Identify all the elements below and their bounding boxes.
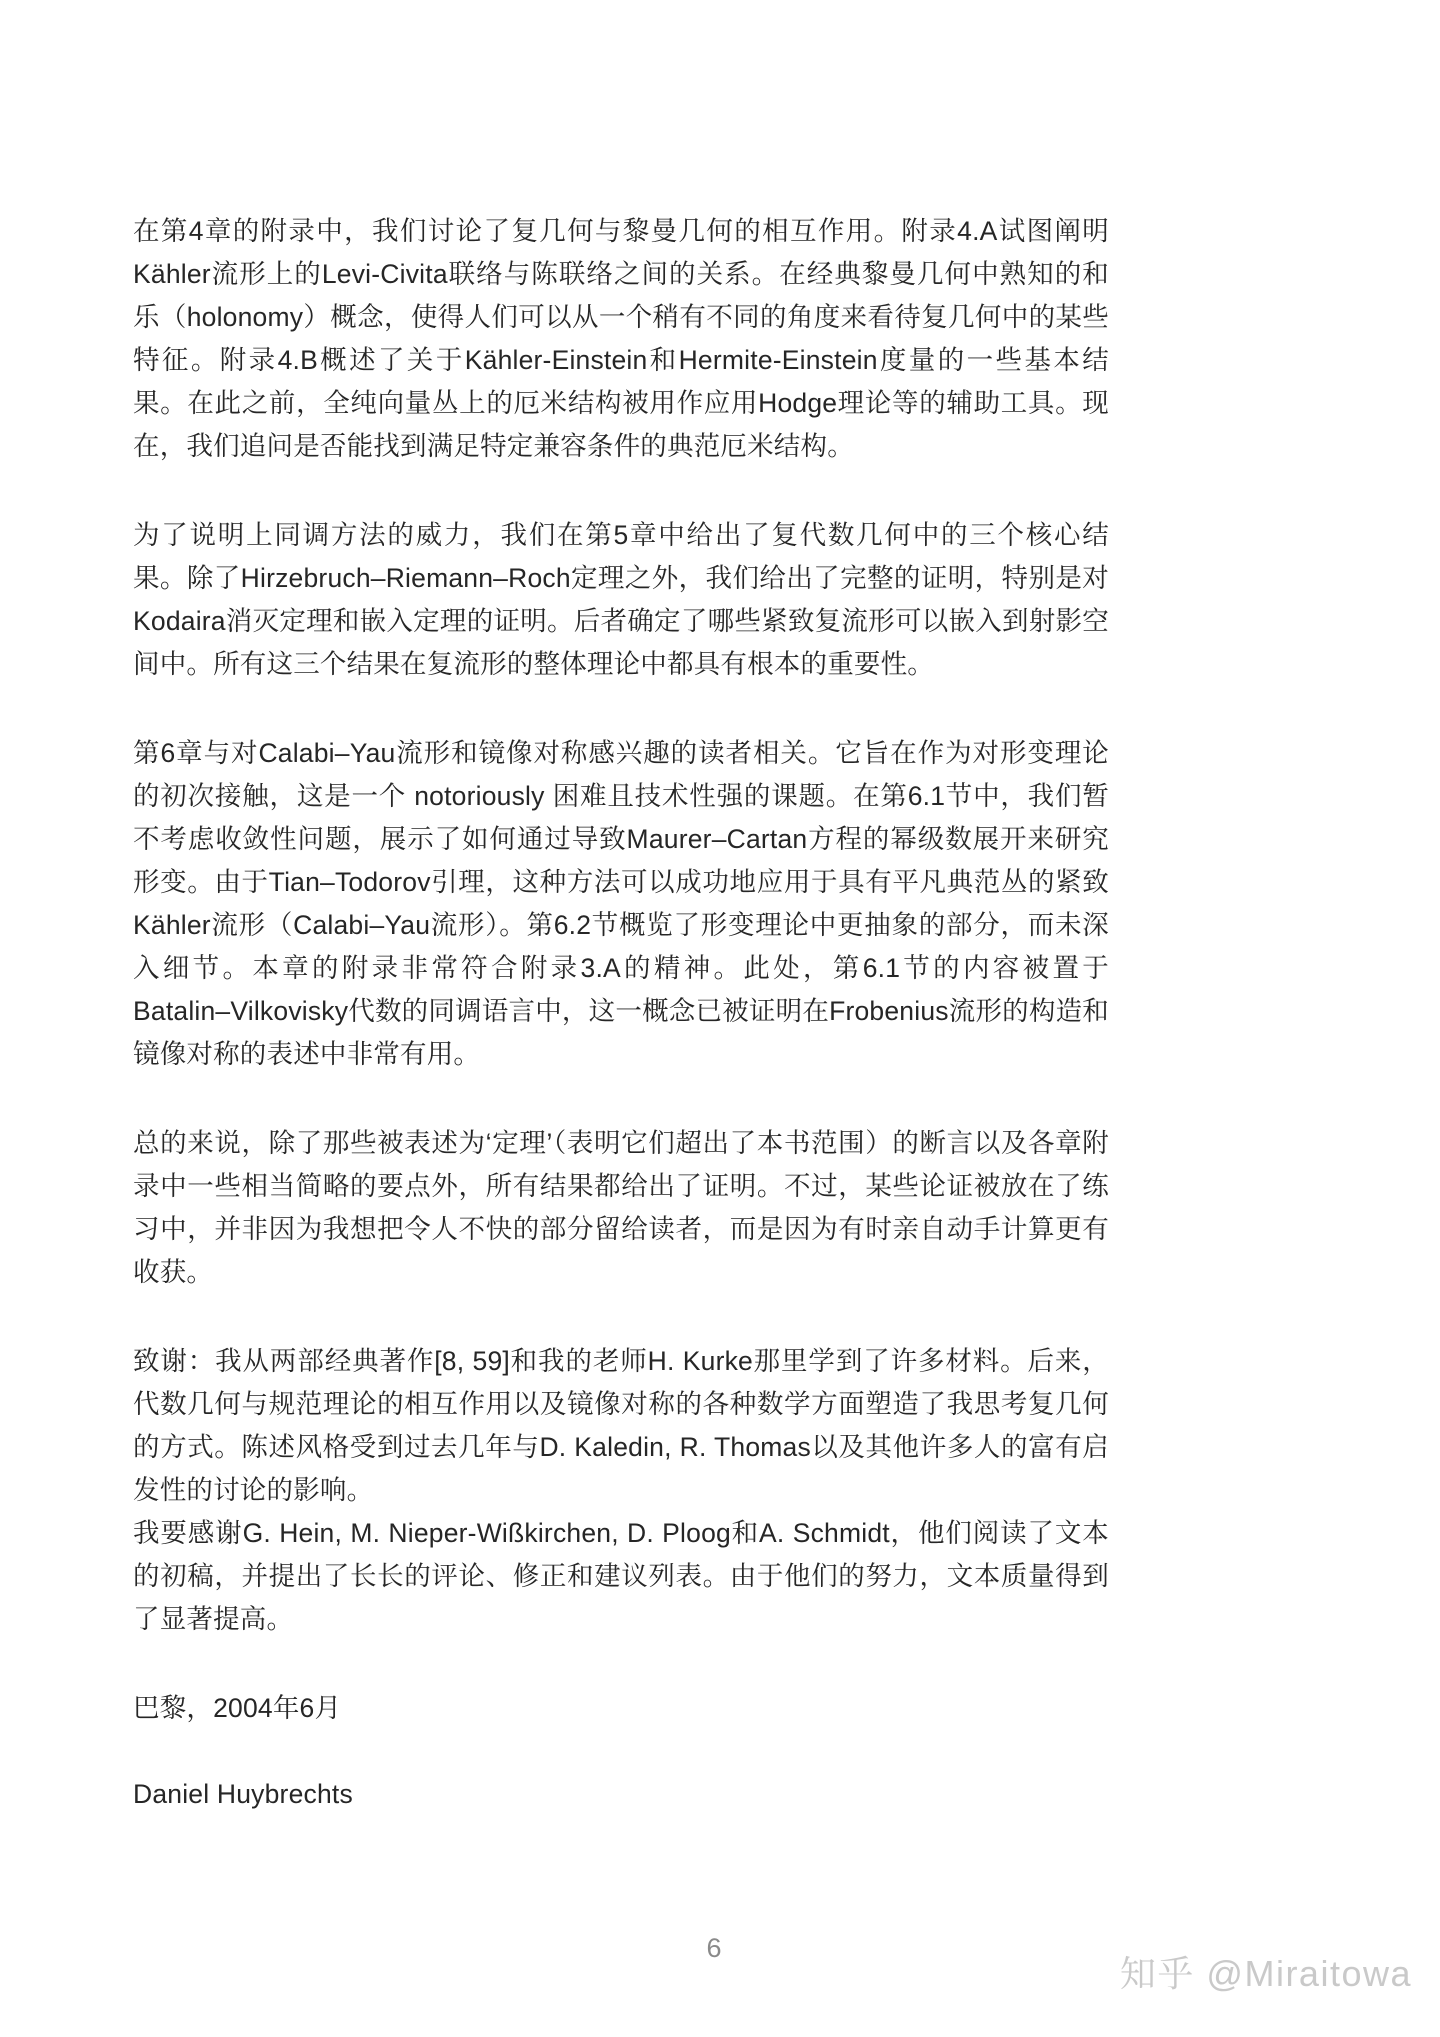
paragraph-ch6-calabi-yau: 第6章与对Calabi–Yau流形和镜像对称感兴趣的读者相关。它旨在作为对形变理…	[133, 732, 1109, 1076]
paragraph-acknowledgements-2: 我要感谢G. Hein, M. Nieper-Wißkirchen, D. Pl…	[133, 1512, 1109, 1641]
watermark-zhihu: 知乎 @Miraitowa	[1120, 1950, 1412, 1998]
document-page: 在第4章的附录中，我们讨论了复几何与黎曼几何的相互作用。附录4.A试图阐明Käh…	[0, 0, 1440, 2037]
paragraph-proofs-exercises: 总的来说，除了那些被表述为‘定理’（表明它们超出了本书范围）的断言以及各章附录中…	[133, 1122, 1109, 1294]
preface-body: 在第4章的附录中，我们讨论了复几何与黎曼几何的相互作用。附录4.A试图阐明Käh…	[133, 210, 1109, 1859]
paragraph-appendix-ch4: 在第4章的附录中，我们讨论了复几何与黎曼几何的相互作用。附录4.A试图阐明Käh…	[133, 210, 1109, 468]
author-signature: Daniel Huybrechts	[133, 1773, 1109, 1816]
paragraph-acknowledgements-1: 致谢：我从两部经典著作[8, 59]和我的老师H. Kurke那里学到了许多材料…	[133, 1340, 1109, 1512]
closing-block: 巴黎，2004年6月 Daniel Huybrechts	[133, 1687, 1109, 1816]
paragraph-ch5-results: 为了说明上同调方法的威力，我们在第5章中给出了复代数几何中的三个核心结果。除了H…	[133, 514, 1109, 686]
closing-place-date: 巴黎，2004年6月	[133, 1687, 1109, 1730]
